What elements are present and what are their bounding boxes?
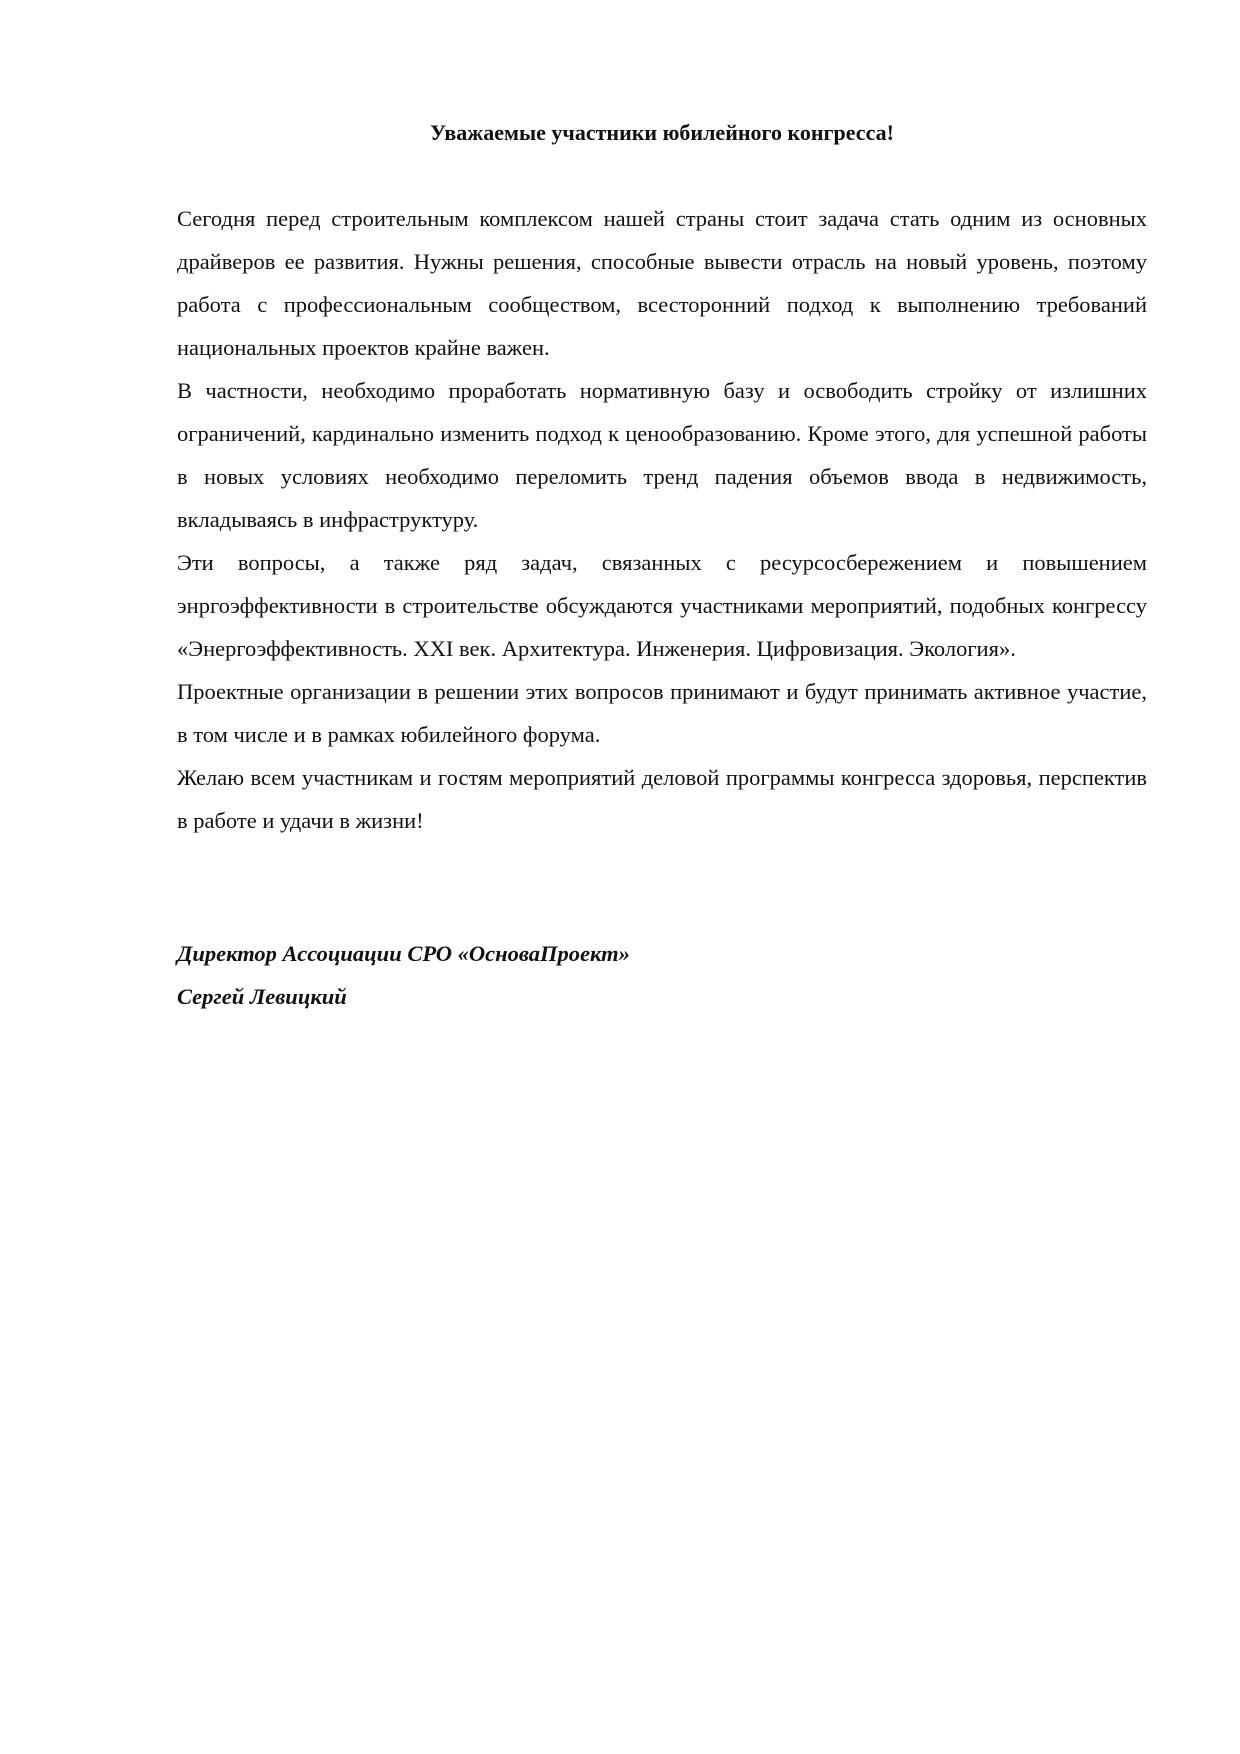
document-body: Сегодня перед строительным комплексом на… [177, 197, 1147, 842]
paragraph-4: Проектные организации в решении этих воп… [177, 670, 1147, 756]
signature-name: Сергей Левицкий [177, 975, 1147, 1018]
document-title: Уважаемые участники юбилейного конгресса… [177, 118, 1147, 148]
paragraph-2: В частности, необходимо проработать норм… [177, 369, 1147, 541]
paragraph-5: Желаю всем участникам и гостям мероприят… [177, 756, 1147, 842]
paragraph-3: Эти вопросы, а также ряд задач, связанны… [177, 541, 1147, 670]
signature-block: Директор Ассоциации СРО «ОсноваПроект» С… [177, 932, 1147, 1018]
signature-position: Директор Ассоциации СРО «ОсноваПроект» [177, 932, 1147, 975]
paragraph-1: Сегодня перед строительным комплексом на… [177, 197, 1147, 369]
